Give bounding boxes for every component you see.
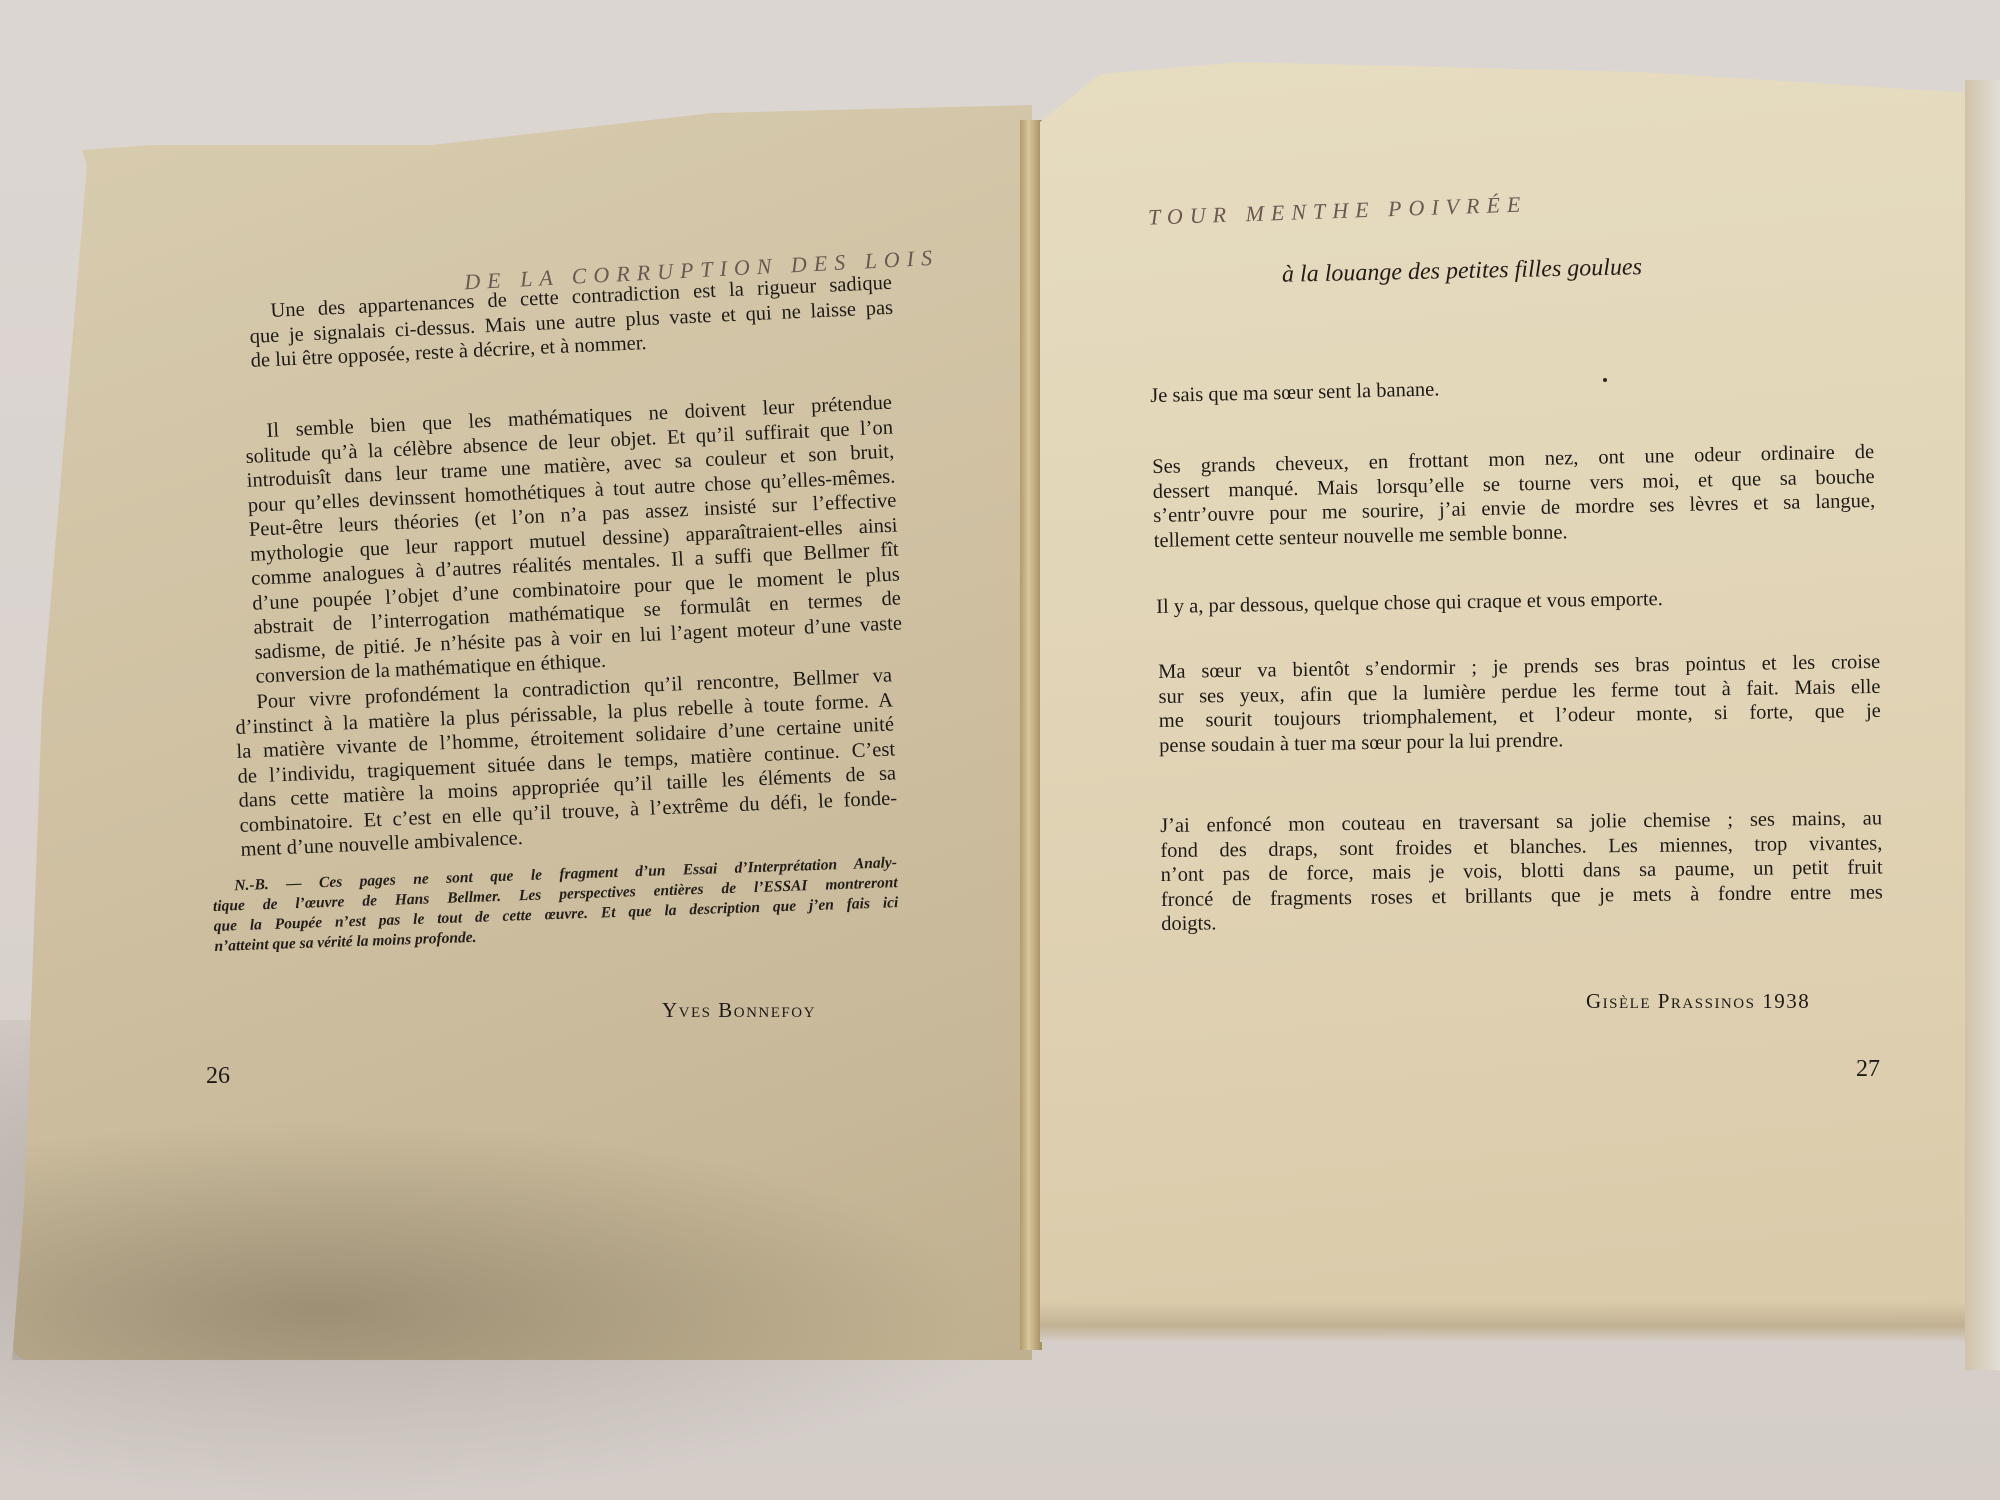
right-page: TOUR MENTHE POIVRÉE à la louange des pet…: [1040, 62, 1980, 1342]
page-number-left: 26: [206, 1063, 230, 1090]
paragraph-1: Une des appartenances de cette contradic…: [248, 271, 895, 374]
book-gutter: [1020, 120, 1042, 1350]
paragraph-3: Pour vivre profondément la contradiction…: [234, 663, 899, 862]
running-head-right: TOUR MENTHE POIVRÉE: [1148, 191, 1528, 230]
page-stack-edge: [1965, 80, 2000, 1370]
prose-paragraph-1: Je sais que ma sœur sent la banane.: [1150, 368, 1850, 408]
paragraph-2: Il semble bien que les mathématiques ne …: [244, 391, 904, 690]
page-number-right: 27: [1856, 1056, 1880, 1083]
prose-paragraph-2: Ses grands cheveux, en frottant mon nez,…: [1152, 440, 1876, 553]
prose-paragraph-3: Il y a, par dessous, quelque chose qui c…: [1156, 584, 1856, 619]
author-signature-right: Gisèle Prassinos 1938: [1586, 989, 1810, 1014]
prose-paragraph-4: Ma sœur va bientôt s’endormir ; je prend…: [1158, 650, 1881, 758]
prose-paragraph-5: J’ai enfoncé mon couteau en traversant s…: [1160, 806, 1883, 936]
footnote: N.-B. — Ces pages ne sont que le fragmen…: [212, 853, 899, 957]
author-signature-left: Yves Bonnefoy: [662, 998, 816, 1023]
left-page: DE LA CORRUPTION DES LOIS Une des appart…: [12, 105, 1032, 1360]
poem-dedication: à la louange des petites filles goulues: [1282, 254, 1642, 289]
